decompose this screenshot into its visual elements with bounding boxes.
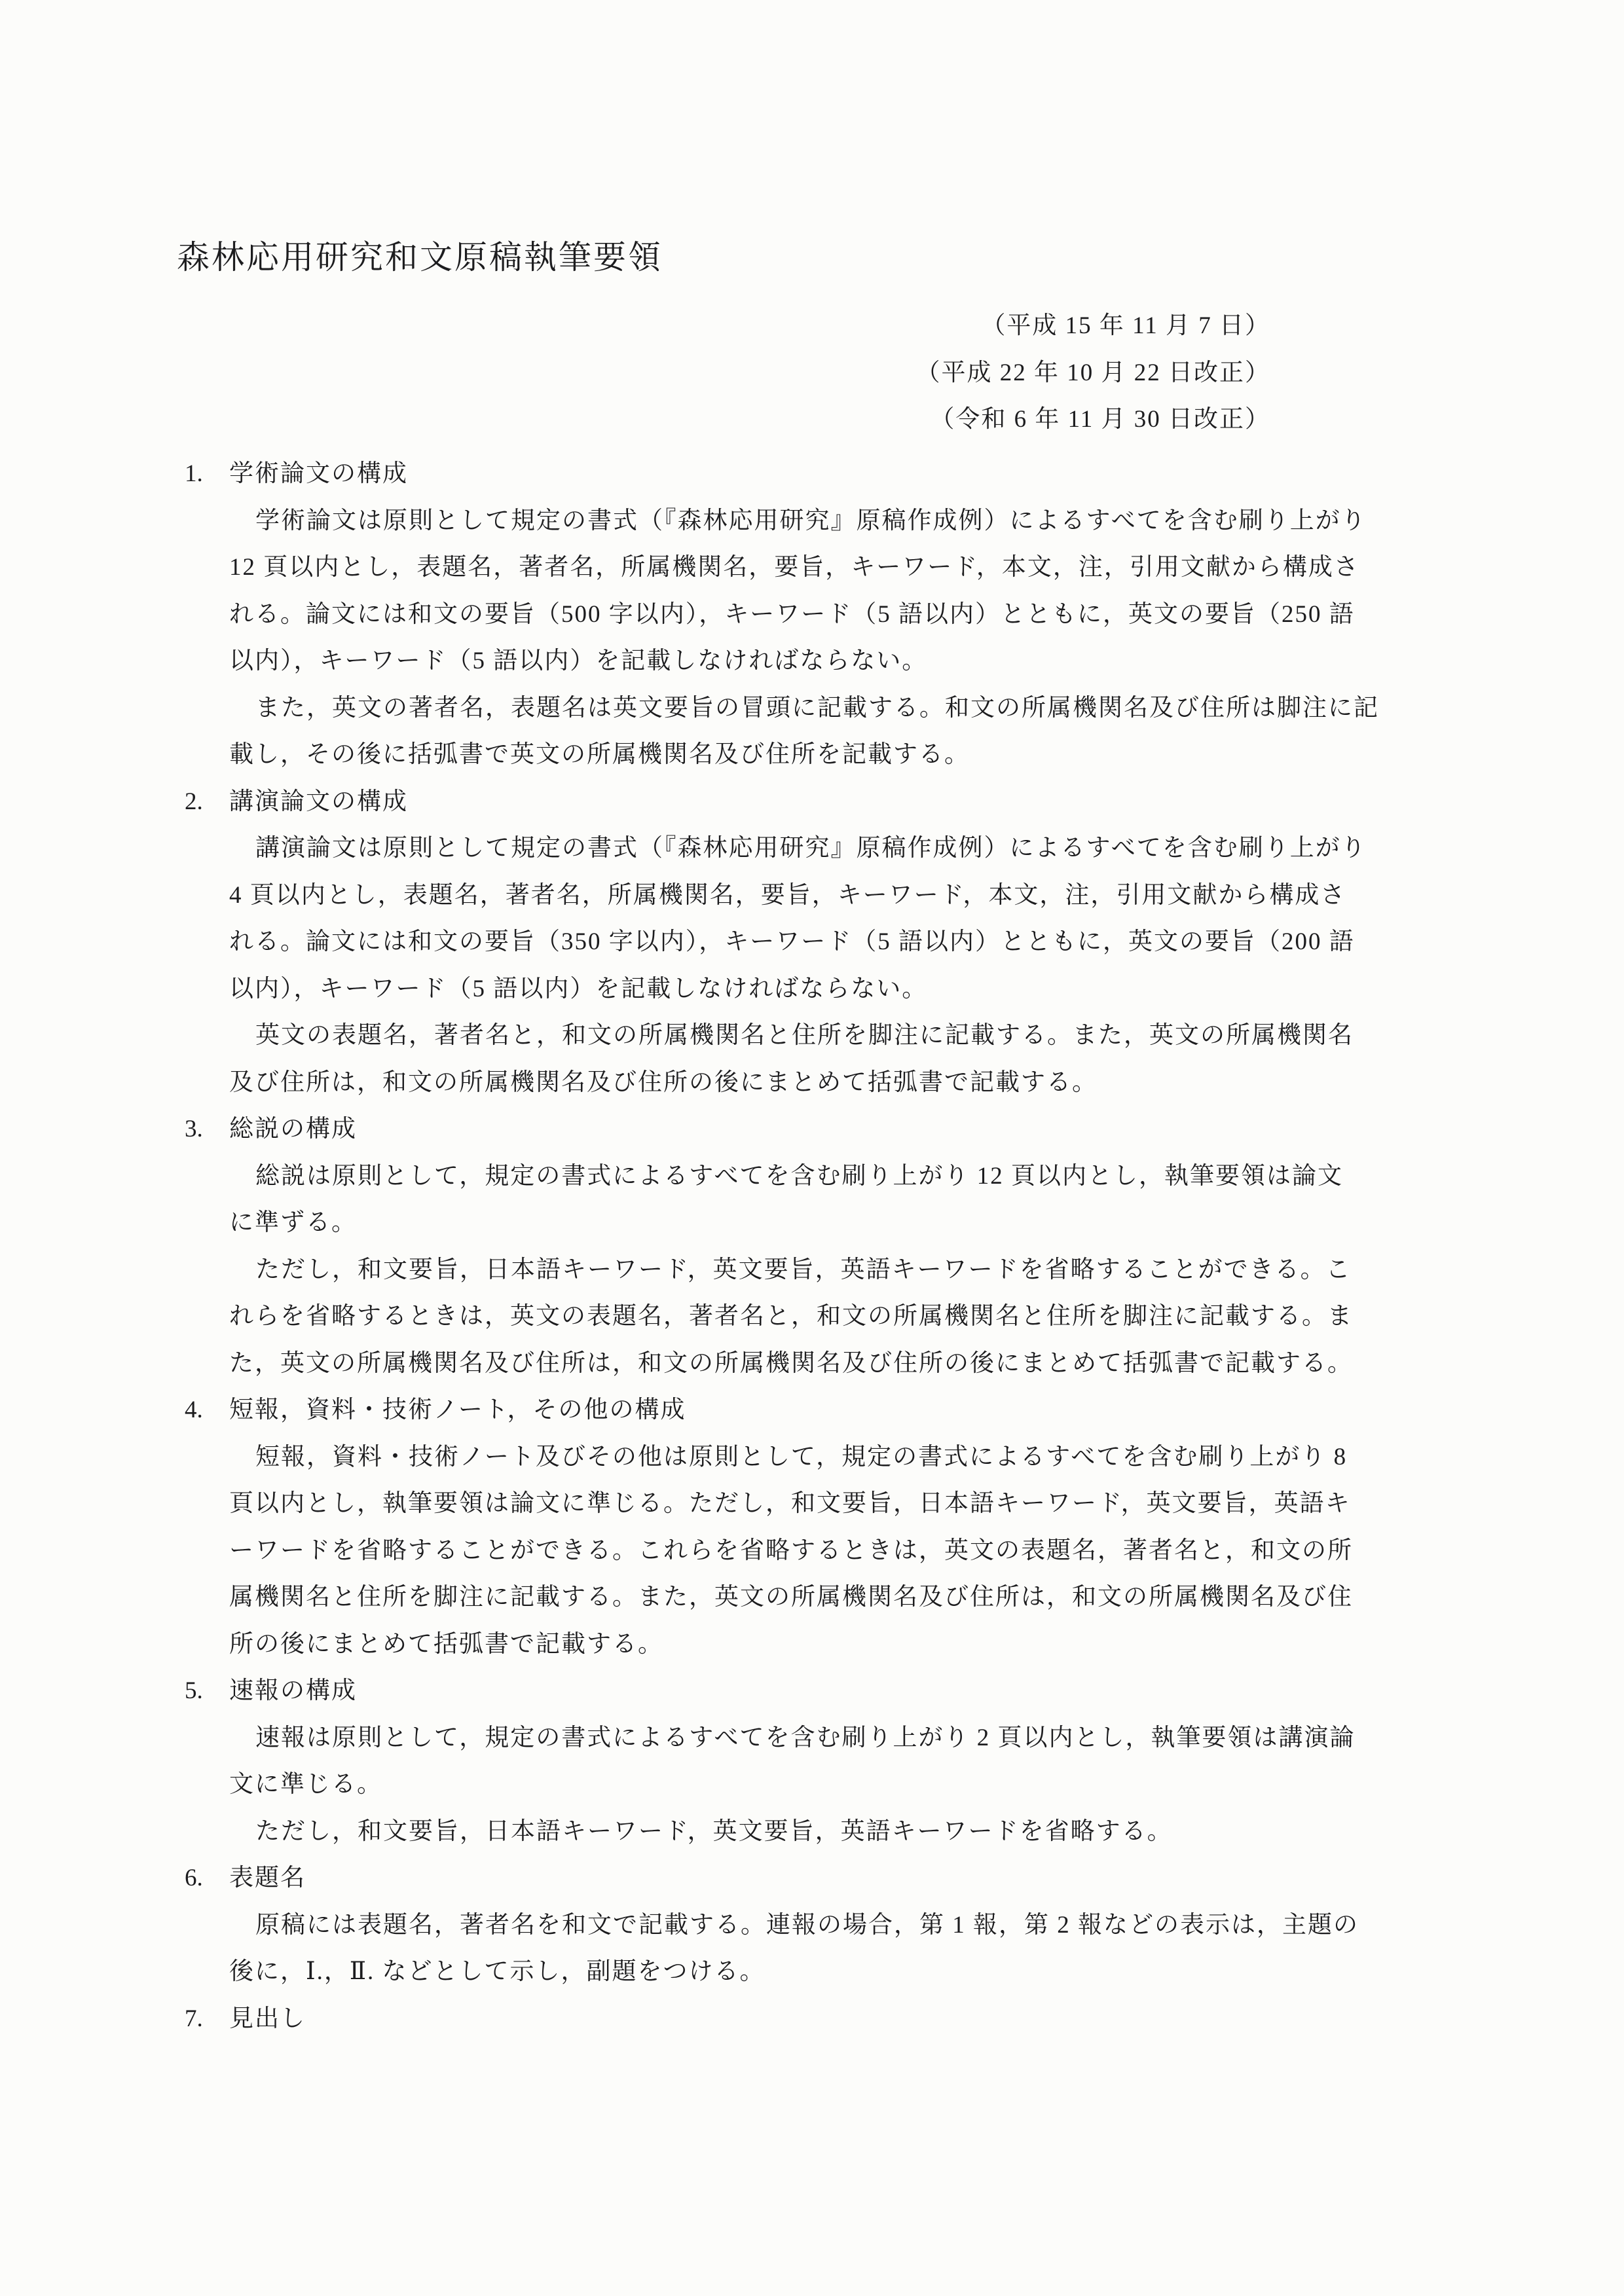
- paragraph: ただし，和文要旨，日本語キーワード，英文要旨，英語キーワードを省略する。: [229, 1808, 1624, 1855]
- section-heading: 4. 短報，資料・技術ノート，その他の構成: [185, 1387, 1624, 1434]
- revision-date: （平成 15 年 11 月 7 日）: [916, 302, 1271, 350]
- section-heading-text: 短報，資料・技術ノート，その他の構成: [229, 1387, 686, 1434]
- revision-date: （令和 6 年 11 月 30 日改正）: [916, 396, 1271, 443]
- section-number: 6.: [185, 1855, 229, 1902]
- section-heading: 7. 見出し: [185, 1995, 1624, 2043]
- section-heading-text: 速報の構成: [229, 1667, 357, 1715]
- paragraph: 速報は原則として，規定の書式によるすべてを含む刷り上がり 2 頁以内とし，執筆要…: [229, 1715, 1624, 1808]
- paragraph: 英文の表題名，著者名と，和文の所属機関名と住所を脚注に記載する。また，英文の所属…: [229, 1012, 1624, 1106]
- paragraph: 講演論文は原則として規定の書式（『森林応用研究』原稿作成例）によるすべてを含む刷…: [229, 825, 1624, 1012]
- section-heading: 1. 学術論文の構成: [185, 450, 1624, 498]
- scanned-document-page: 森林応用研究和文原稿執筆要領 （平成 15 年 11 月 7 日） （平成 22…: [0, 0, 1624, 2296]
- section-number: 1.: [185, 450, 229, 498]
- paragraph: また，英文の著者名，表題名は英文要旨の冒頭に記載する。和文の所属機関名及び住所は…: [229, 685, 1624, 778]
- section-heading-text: 講演論文の構成: [229, 778, 408, 826]
- section-number: 2.: [185, 778, 229, 826]
- paragraph: ただし，和文要旨，日本語キーワード，英文要旨，英語キーワードを省略することができ…: [229, 1247, 1624, 1387]
- document-title: 森林応用研究和文原稿執筆要領: [177, 234, 663, 280]
- section-heading: 6. 表題名: [185, 1855, 1624, 1902]
- section-3: 3. 総説の構成 総説は原則として，規定の書式によるすべてを含む刷り上がり 12…: [0, 1106, 1624, 1387]
- section-6: 6. 表題名 原稿には表題名，著者名を和文で記載する。連報の場合，第 1 報，第…: [0, 1855, 1624, 1995]
- section-5: 5. 速報の構成 速報は原則として，規定の書式によるすべてを含む刷り上がり 2 …: [0, 1667, 1624, 1855]
- section-number: 4.: [185, 1387, 229, 1434]
- section-1: 1. 学術論文の構成 学術論文は原則として規定の書式（『森林応用研究』原稿作成例…: [0, 450, 1624, 778]
- section-heading: 3. 総説の構成: [185, 1106, 1624, 1153]
- section-heading-text: 見出し: [229, 1995, 306, 2043]
- section-heading: 5. 速報の構成: [185, 1667, 1624, 1715]
- paragraph: 原稿には表題名，著者名を和文で記載する。連報の場合，第 1 報，第 2 報などの…: [229, 1902, 1624, 1995]
- section-heading: 2. 講演論文の構成: [185, 778, 1624, 826]
- section-4: 4. 短報，資料・技術ノート，その他の構成 短報，資料・技術ノート及びその他は原…: [0, 1387, 1624, 1667]
- revision-dates: （平成 15 年 11 月 7 日） （平成 22 年 10 月 22 日改正）…: [916, 302, 1271, 443]
- paragraph: 学術論文は原則として規定の書式（『森林応用研究』原稿作成例）によるすべてを含む刷…: [229, 498, 1624, 685]
- paragraph: 短報，資料・技術ノート及びその他は原則として，規定の書式によるすべてを含む刷り上…: [229, 1434, 1624, 1668]
- section-number: 5.: [185, 1667, 229, 1715]
- section-number: 3.: [185, 1106, 229, 1153]
- revision-date: （平成 22 年 10 月 22 日改正）: [916, 350, 1271, 397]
- section-heading-text: 学術論文の構成: [229, 450, 408, 498]
- section-heading-text: 表題名: [229, 1855, 306, 1902]
- section-heading-text: 総説の構成: [229, 1106, 357, 1153]
- paragraph: 総説は原則として，規定の書式によるすべてを含む刷り上がり 12 頁以内とし，執筆…: [229, 1153, 1624, 1247]
- document-body: 1. 学術論文の構成 学術論文は原則として規定の書式（『森林応用研究』原稿作成例…: [0, 450, 1624, 2042]
- section-7: 7. 見出し: [0, 1995, 1624, 2043]
- section-2: 2. 講演論文の構成 講演論文は原則として規定の書式（『森林応用研究』原稿作成例…: [0, 778, 1624, 1106]
- section-number: 7.: [185, 1995, 229, 2043]
